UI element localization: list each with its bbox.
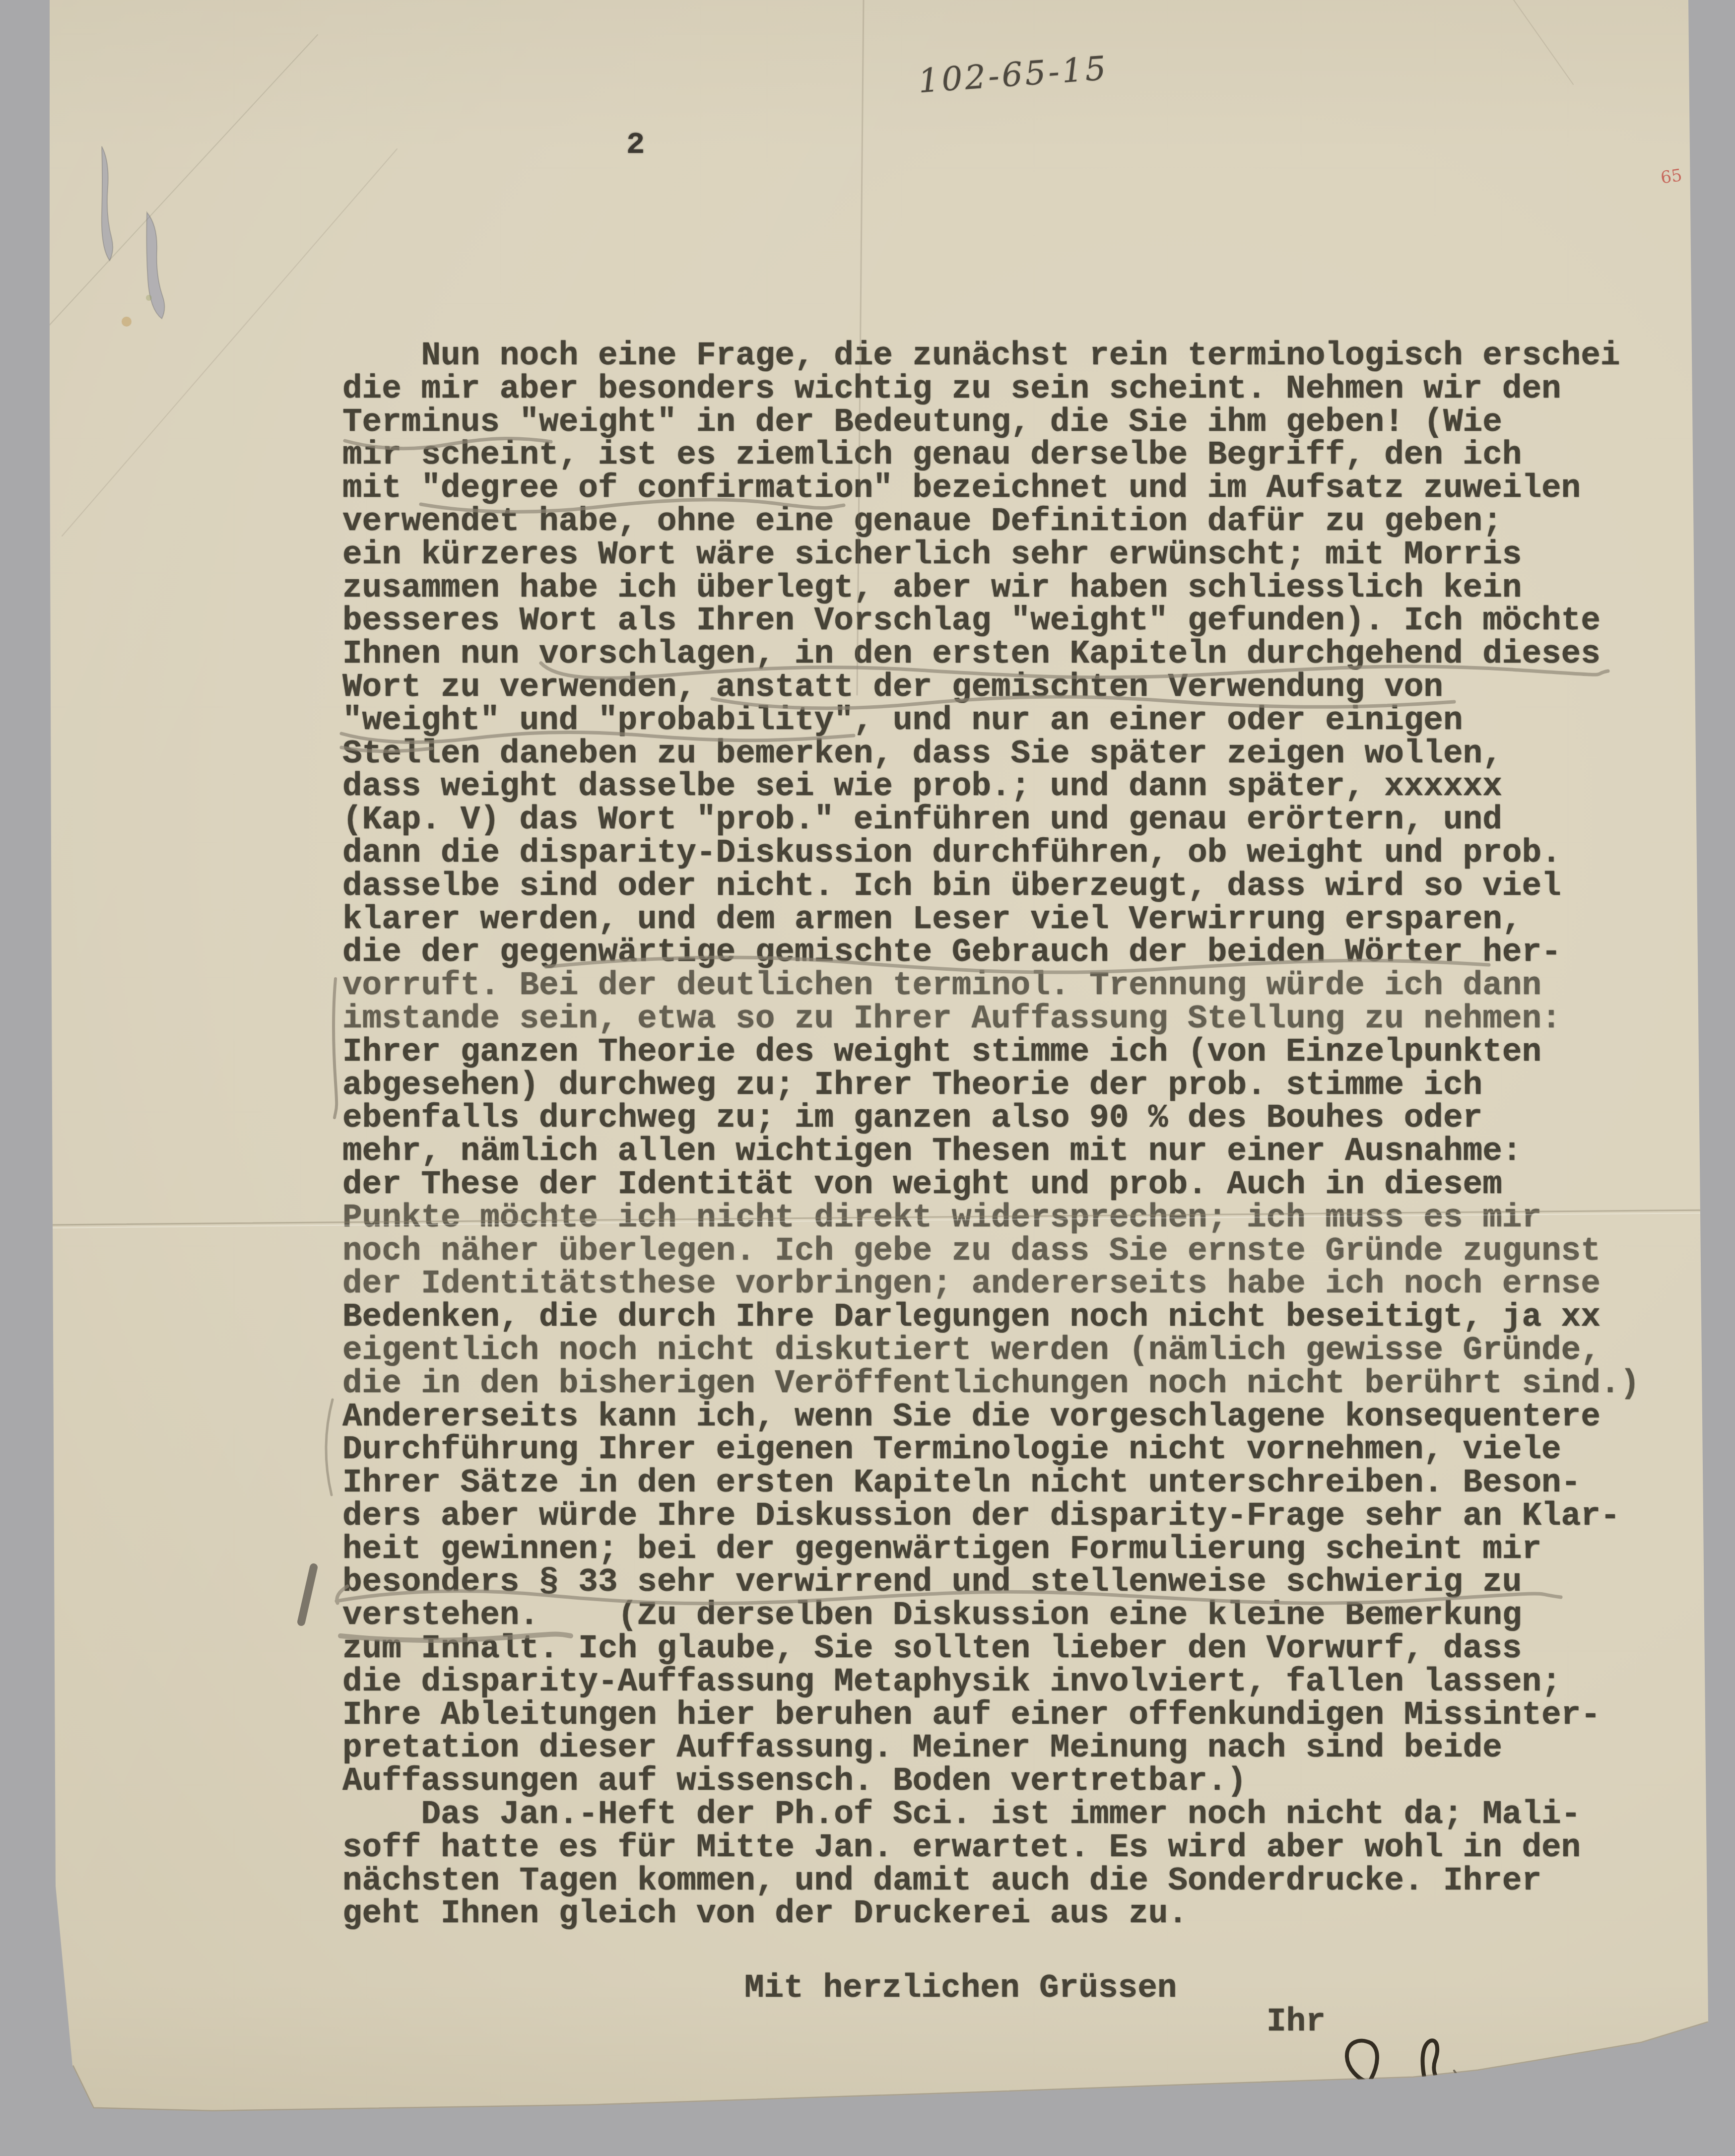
fold-crease-diagonal [62,149,397,536]
pencil-underline-terminus-weight [345,438,551,448]
pencil-underline-weight-probability [341,732,854,742]
fold-creases [47,0,1712,1228]
annotations-overlay: 65 [0,0,1735,2156]
pencil-underline-gebrauch-der-woerter [546,957,1489,972]
fold-crease-horizontal-highlight [50,1213,1712,1228]
pencil-underline-vorschlagen-kapiteln [541,663,1608,678]
paper-tear-mark [102,146,113,261]
pencil-underline-degree-of-confirmation [421,500,844,512]
margin-line-vorruft-block [334,979,336,1118]
fold-crease-diagonal [47,35,318,328]
signature-initials [1347,2040,1463,2083]
fold-crease-horizontal [50,1210,1712,1225]
paper-tear-mark [146,212,164,319]
fold-crease-diagonal [1514,0,1573,84]
pencil-underline-anstatt-verwendung [712,697,1454,708]
paper-fleck [122,317,132,327]
margin-stroke-besonders [301,1567,314,1622]
pencil-underline-weight-probability-2 [341,747,432,751]
scanned-letter-page: 102-65-15 2 Nun noch eine Frage, die zun… [0,0,1735,2156]
pencil-underline-verstehen [340,1634,571,1640]
pencil-margin-marks [301,979,336,1622]
paper-fleck [146,295,152,301]
letter-paper-sheet: 102-65-15 2 Nun noch eine Frage, die zun… [0,0,1735,2156]
red-stamp: 65 [1660,165,1683,188]
pencil-underlines [336,438,1608,1640]
torn-edge-shadow [72,2022,1708,2111]
pencil-underline-paragraph-33 [336,1591,1561,1604]
fold-crease-vertical [857,0,864,695]
paper-tear-marks [102,146,165,327]
margin-line-andererseits-block [326,1400,333,1495]
